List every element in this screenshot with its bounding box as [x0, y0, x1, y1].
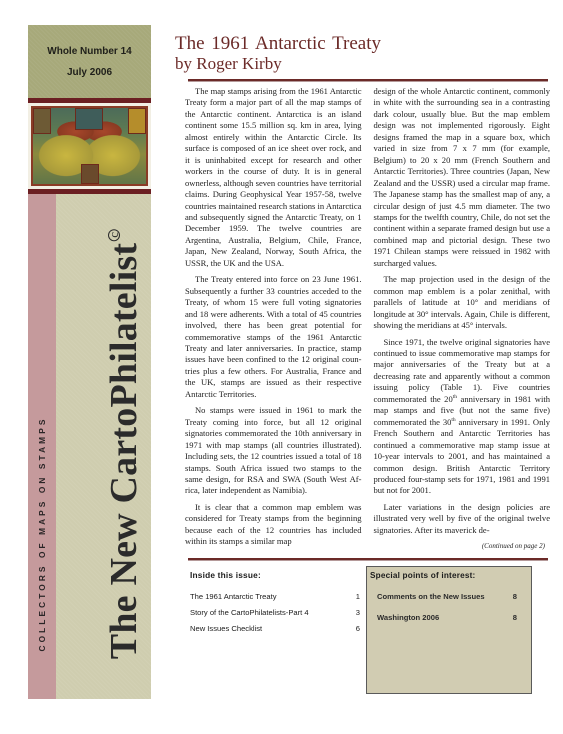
special-point-page: 8 — [513, 613, 517, 622]
article-title: The 1961 Antarctic Treaty — [175, 33, 381, 54]
footer-rule — [188, 558, 548, 561]
paragraph: The map projection used in the design of… — [374, 274, 551, 331]
issue-date: July 2006 — [67, 67, 112, 78]
inside-this-issue: Inside this issue: The 1961 Antarctic Tr… — [190, 570, 360, 636]
paragraph: It is clear that a common map emblem was… — [185, 502, 362, 548]
paragraph: The map stamps arising from the 1961 Ant… — [185, 86, 362, 269]
header-rule — [188, 79, 548, 82]
continued-link[interactable]: (Continued on page 2) — [374, 541, 551, 552]
tagline: COLLECTORS OF MAPS ON STAMPS — [37, 417, 47, 652]
article-column-1: The map stamps arising from the 1961 Ant… — [185, 86, 362, 556]
paragraph: Later variations in the design policies … — [374, 502, 551, 536]
paragraph-text: anniversary in 1991. Only French Souther… — [374, 417, 551, 496]
newsletter-masthead: The New CartoPhilatelistc — [102, 229, 146, 659]
copyright-icon: c — [108, 229, 120, 241]
toc-item-label: New Issues Checklist — [190, 624, 262, 633]
paragraph: design of the whole Antarctic continent,… — [374, 86, 551, 269]
toc-item[interactable]: New Issues Checklist 6 — [190, 620, 360, 636]
article-byline: by Roger Kirby — [175, 53, 282, 74]
toc-item-page: 6 — [350, 624, 360, 633]
masthead-strip: COLLECTORS OF MAPS ON STAMPS The New Car… — [28, 194, 151, 699]
toc-title: Inside this issue: — [190, 570, 360, 580]
toc-item[interactable]: Story of the CartoPhilatelists-Part 4 3 — [190, 604, 360, 620]
article-column-2: design of the whole Antarctic continent,… — [374, 86, 551, 556]
article-body: The map stamps arising from the 1961 Ant… — [185, 86, 550, 556]
paragraph: The Treaty entered into force on 23 June… — [185, 274, 362, 400]
special-point-page: 8 — [513, 592, 517, 601]
cover-map-image — [28, 103, 151, 189]
special-point-label: Washington 2006 — [377, 613, 439, 622]
masthead-title: The New CartoPhilatelist — [103, 243, 145, 659]
special-points-title: Special points of interest: — [367, 567, 531, 580]
special-points-box: Special points of interest: Comments on … — [366, 566, 532, 694]
issue-number: Whole Number 14 — [47, 46, 131, 57]
paragraph: No stamps were issued in 1961 to mark th… — [185, 405, 362, 497]
issue-info-block: Whole Number 14 July 2006 — [28, 25, 151, 98]
special-point-label: Comments on the New Issues — [377, 592, 485, 601]
special-point-item[interactable]: Comments on the New Issues 8 — [367, 592, 531, 601]
toc-item[interactable]: The 1961 Antarctic Treaty 1 — [190, 588, 360, 604]
toc-item-page: 3 — [350, 608, 360, 617]
map-border — [31, 106, 148, 186]
paragraph: Since 1971, the twelve original signa­to… — [374, 337, 551, 497]
sidebar: Whole Number 14 July 2006 COLLECTORS OF … — [28, 25, 151, 699]
antique-world-map-icon — [31, 106, 148, 186]
toc-item-page: 1 — [350, 592, 360, 601]
toc-item-label: Story of the CartoPhilatelists-Part 4 — [190, 608, 309, 617]
toc-item-label: The 1961 Antarctic Treaty — [190, 592, 277, 601]
special-point-item[interactable]: Washington 2006 8 — [367, 613, 531, 622]
